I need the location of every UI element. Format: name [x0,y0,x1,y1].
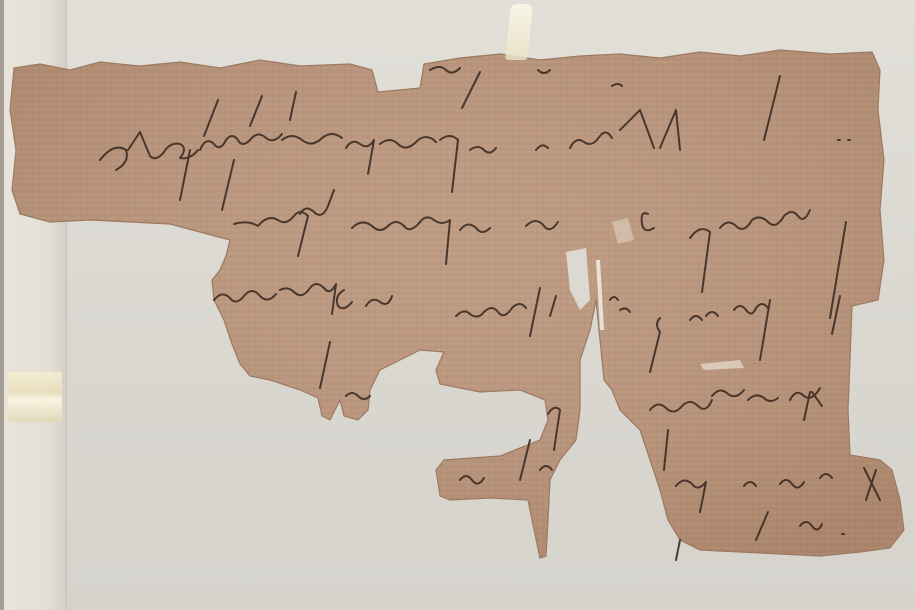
papyrus-fragment [0,0,915,610]
